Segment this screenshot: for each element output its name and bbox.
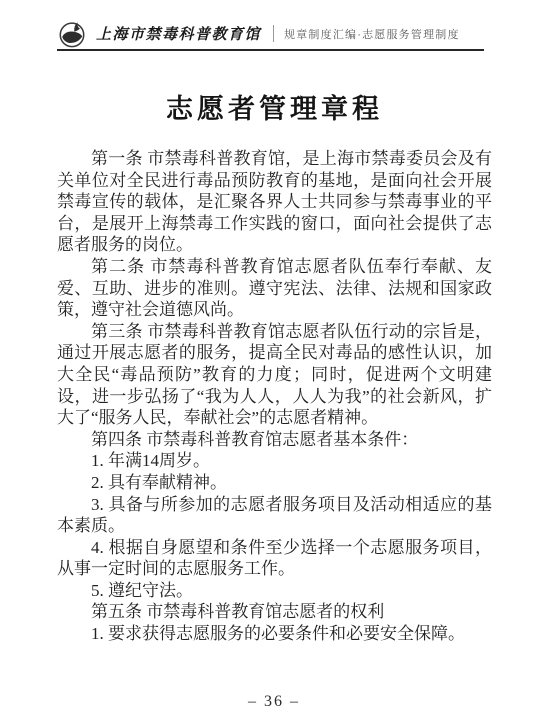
article-1: 第一条 市禁毒科普教育馆，是上海市禁毒委员会及有关单位对全民进行毒品预防教育的基… [57,148,492,256]
header-divider [273,25,274,42]
document-page: 上海市禁毒科普教育馆 规章制度汇编·志愿服务管理制度 志愿者管理章程 第一条 市… [0,0,548,727]
brand-name: 上海市禁毒科普教育馆 [96,23,261,44]
condition-item-3: 3. 具备与所参加的志愿者服务项目及活动相适应的基本素质。 [57,494,492,537]
article-5-heading: 第五条 市禁毒科普教育馆志愿者的权利 [57,601,492,623]
condition-item-1: 1. 年满14周岁。 [57,450,492,472]
right-item-1: 1. 要求获得志愿服务的必要条件和必要安全保障。 [57,623,492,645]
document-title: 志愿者管理章程 [57,93,492,125]
condition-item-5: 5. 遵纪守法。 [57,580,492,602]
condition-item-2: 2. 具有奉献精神。 [57,472,492,494]
page-number: – 36 – [0,693,548,711]
page-header: 上海市禁毒科普教育馆 规章制度汇编·志愿服务管理制度 [57,18,492,48]
condition-item-4: 4. 根据自身愿望和条件至少选择一个志愿服务项目，从事一定时间的志愿服务工作。 [57,537,492,580]
document-body: 第一条 市禁毒科普教育馆，是上海市禁毒委员会及有关单位对全民进行毒品预防教育的基… [57,148,492,645]
article-3: 第三条 市禁毒科普教育馆志愿者队伍行动的宗旨是，通过开展志愿者的服务，提高全民对… [57,321,492,429]
article-2: 第二条 市禁毒科普教育馆志愿者队伍奉行奉献、友爱、互助、进步的准则。遵守宪法、法… [57,256,492,321]
header-rule [57,49,484,51]
article-4-heading: 第四条 市禁毒科普教育馆志愿者基本条件： [57,429,492,451]
museum-logo-icon [57,18,87,48]
header-section-title: 规章制度汇编·志愿服务管理制度 [284,24,460,42]
